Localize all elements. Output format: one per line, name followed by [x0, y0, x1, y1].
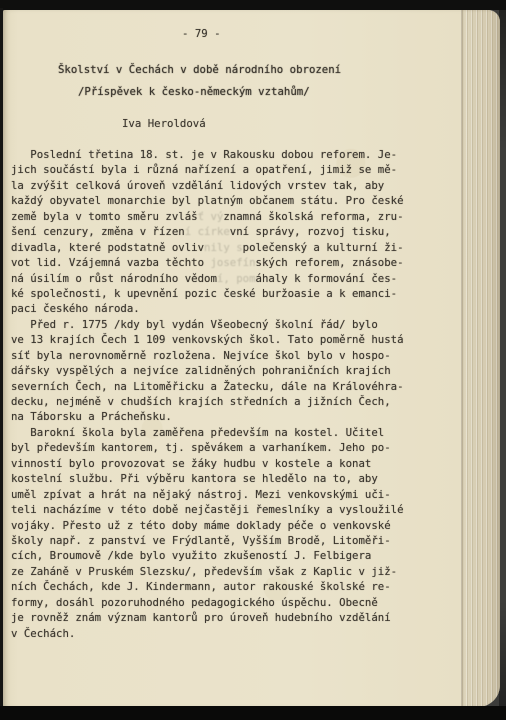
text-line: dářsky vyspělých a nejvíce zalidněných p… [11, 363, 431, 378]
text-line: každý obyvatel monarchie byl platným obč… [11, 193, 431, 208]
text-line: teli nacházíme v této době nejčastěji ře… [11, 502, 431, 517]
text-line: Před r. 1775 /kdy byl vydán Všeobecný šk… [11, 317, 431, 332]
scan-background-top [0, 0, 506, 10]
text-line: země byla v tomto směru zvlášť významná … [11, 209, 431, 224]
text-line: ních Čechách, kde J. Kindermann, autor r… [11, 579, 431, 594]
text-line: uměl zpívat a hrát na nějaký nástroj. Me… [11, 487, 431, 502]
text-line: šení cenzury, změna v řízení církevní sp… [11, 224, 431, 239]
text-line: ké společnosti, k upevnění pozic české b… [11, 286, 431, 301]
author-name: Iva Heroldová [122, 117, 206, 131]
page-number: - 79 - [182, 27, 221, 41]
text-line: severních Čech, na Litoměřicku a Žatecku… [11, 379, 431, 394]
text-line: na Táborsku a Prácheňsku. [11, 409, 431, 424]
text-line: ve 13 krajích Čech 1 109 venkovských ško… [11, 332, 431, 347]
article-title-line1: Školství v Čechách v době národního obro… [58, 63, 341, 77]
scanned-document: - 79 - Školství v Čechách v době národní… [0, 0, 506, 720]
text-line: vojáky. Přesto už z této doby máme dokla… [11, 518, 431, 533]
scan-background-bottom [0, 706, 506, 720]
text-line: síť byla nerovnoměrně rozložena. Nejvíce… [11, 348, 431, 363]
text-line: vot lid. Vzájemná vazba těchto josefínsk… [11, 255, 431, 270]
text-line: decku, nejméně v chudších krajích středn… [11, 394, 431, 409]
text-line: cích, Broumově /kde bylo využito zkušeno… [11, 548, 431, 563]
text-line: Barokní škola byla zaměřena především na… [11, 425, 431, 440]
text-line: v Čechách. [11, 626, 431, 641]
text-line: školy např. z panství ve Frýdlantě, Vyšš… [11, 533, 431, 548]
text-line: paci českého národa. [11, 301, 431, 316]
book-page: - 79 - Školství v Čechách v době národní… [3, 10, 500, 707]
text-line: jich součástí byla i různá nařízení a op… [11, 162, 431, 177]
text-line: divadla, které podstatně ovlivnily spole… [11, 240, 431, 255]
text-line: kostelní službu. Při výběru kantora se h… [11, 471, 431, 486]
text-line: ná úsilím o růst národního vědomí, pomáh… [11, 271, 431, 286]
text-line: formy, dosáhl pozoruhodného pedagogickéh… [11, 595, 431, 610]
text-line: ze Zaháně v Pruském Slezsku/, především … [11, 564, 431, 579]
text-line: la zvýšit celková úroveň vzdělání lidový… [11, 178, 431, 193]
text-line: Poslední třetina 18. st. je v Rakousku d… [11, 147, 431, 162]
text-line: je rovněž znám význam kantorů pro úroveň… [11, 610, 431, 625]
article-title-line2: /Příspěvek k česko-německým vztahům/ [78, 85, 310, 99]
book-fore-edge [461, 10, 500, 707]
article-body: Poslední třetina 18. st. je v Rakousku d… [11, 147, 431, 641]
text-line: byl především kantorem, tj. spěvákem a v… [11, 440, 431, 455]
text-line: vinností bylo provozovat se žáky hudbu v… [11, 456, 431, 471]
scan-background-right [499, 10, 506, 706]
